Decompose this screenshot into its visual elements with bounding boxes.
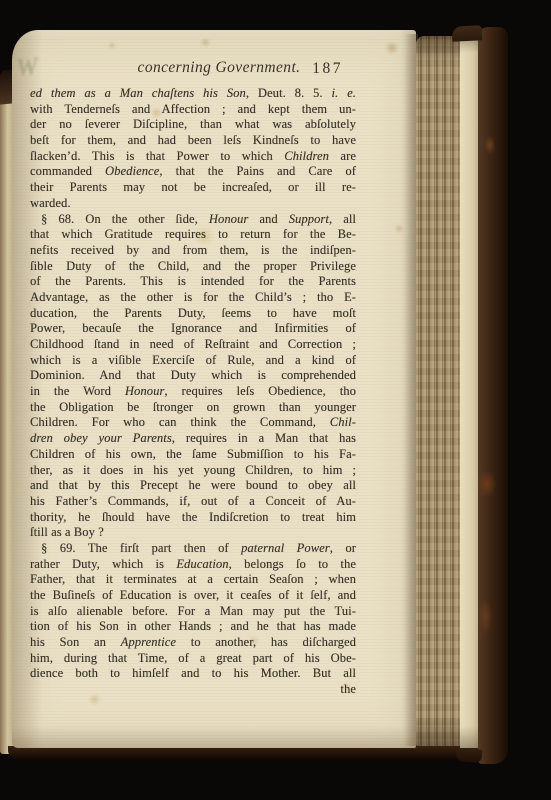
text-line: and that by this Precept he were bound t…: [30, 478, 356, 494]
text-line: which is a viſible Exerciſe of Rule, and…: [30, 353, 356, 369]
text-line: ſlacken’d. This is that Power to which C…: [30, 149, 356, 165]
text-line: ducation, the Parents Duty, ſeems to hav…: [30, 306, 356, 322]
text-line: beſt for them, and had been leſs Kindneſ…: [30, 133, 356, 149]
text-line: the Buſineſs of Education is over, it ce…: [30, 588, 356, 604]
text-line: ther, as it does in his yet young Childr…: [30, 463, 356, 479]
catchword: the: [30, 682, 356, 698]
text-line: tion of his Son in other Hands ; and he …: [30, 619, 356, 635]
text-line: Advantage, as the other is for the Child…: [30, 290, 356, 306]
text-line: their Parents may not be increaſed, or i…: [30, 180, 356, 196]
text-line: rather Duty, which is Education, belongs…: [30, 557, 356, 573]
text-line: is alſo alienable before. For a Man may …: [30, 604, 356, 620]
text-line: Children. For who can think the Command,…: [30, 415, 356, 431]
text-line: Power, becauſe the Ignorance and Infirmi…: [30, 321, 356, 337]
text-line: of the Parents. This is intended for the…: [30, 274, 356, 290]
text-block: ed them as a Man chaſtens his Son, Deut.…: [30, 86, 356, 698]
text-line: ſtill as a Boy ?: [30, 525, 356, 541]
text-line: Children of his own, the ſame Submiſſion…: [30, 447, 356, 463]
text-line: Dominion. And that Duty which is compreh…: [30, 368, 356, 384]
page-header: concerning Government. 187: [30, 59, 356, 79]
page-number: 187: [312, 60, 343, 78]
text-line: ſible Duty of the Child, and the proper …: [30, 259, 356, 275]
foxing-spot: [394, 224, 404, 233]
text-line: Father, that it terminates at a certain …: [30, 572, 356, 588]
text-line: Childhood ſtand in need of Reſtraint and…: [30, 337, 356, 353]
text-line: dren obey your Parents, requires in a Ma…: [30, 431, 356, 447]
text-line: his Father’s Commands, if, out of a Conc…: [30, 494, 356, 510]
text-line: dience both to himſelf and to his Mother…: [30, 666, 356, 682]
foxing-spot: [200, 38, 211, 47]
text-line: commanded Obedience, that the Pains and …: [30, 164, 356, 180]
text-line: § 69. The firſt part then of paternal Po…: [30, 541, 356, 557]
cover-bottom-edge: [8, 746, 480, 760]
text-line: in the Word Honour, requires leſs Obedie…: [30, 384, 356, 400]
text-line: § 68. On the other ſide, Honour and Supp…: [30, 212, 356, 228]
text-line: him, during that Time, of a great part o…: [30, 651, 356, 667]
text-line: ed them as a Man chaſtens his Son, Deut.…: [30, 86, 356, 102]
board-edge: [460, 33, 478, 748]
text-line: his Son an Apprentice to another, has di…: [30, 635, 356, 651]
text-line: thority, he ſhould have the Indiſcretion…: [30, 510, 356, 526]
leather-cover-edge: [478, 27, 508, 764]
text-line: der no ſeverer Diſcipline, than what was…: [30, 117, 356, 133]
book-scan-photo: W concerning Government. 187 ed them as …: [0, 0, 551, 800]
foxing-spot: [108, 42, 116, 49]
text-line: with Tenderneſs and Affection ; and kept…: [30, 102, 356, 118]
foxing-spot: [384, 42, 400, 54]
text-line: that which Gratitude requires to return …: [30, 227, 356, 243]
fore-edge-page-stack: [416, 36, 460, 746]
text-line: the Obligation be ſtronger on grown than…: [30, 400, 356, 416]
text-line: nefits received by and from them, is the…: [30, 243, 356, 259]
text-line: warded.: [30, 196, 356, 212]
